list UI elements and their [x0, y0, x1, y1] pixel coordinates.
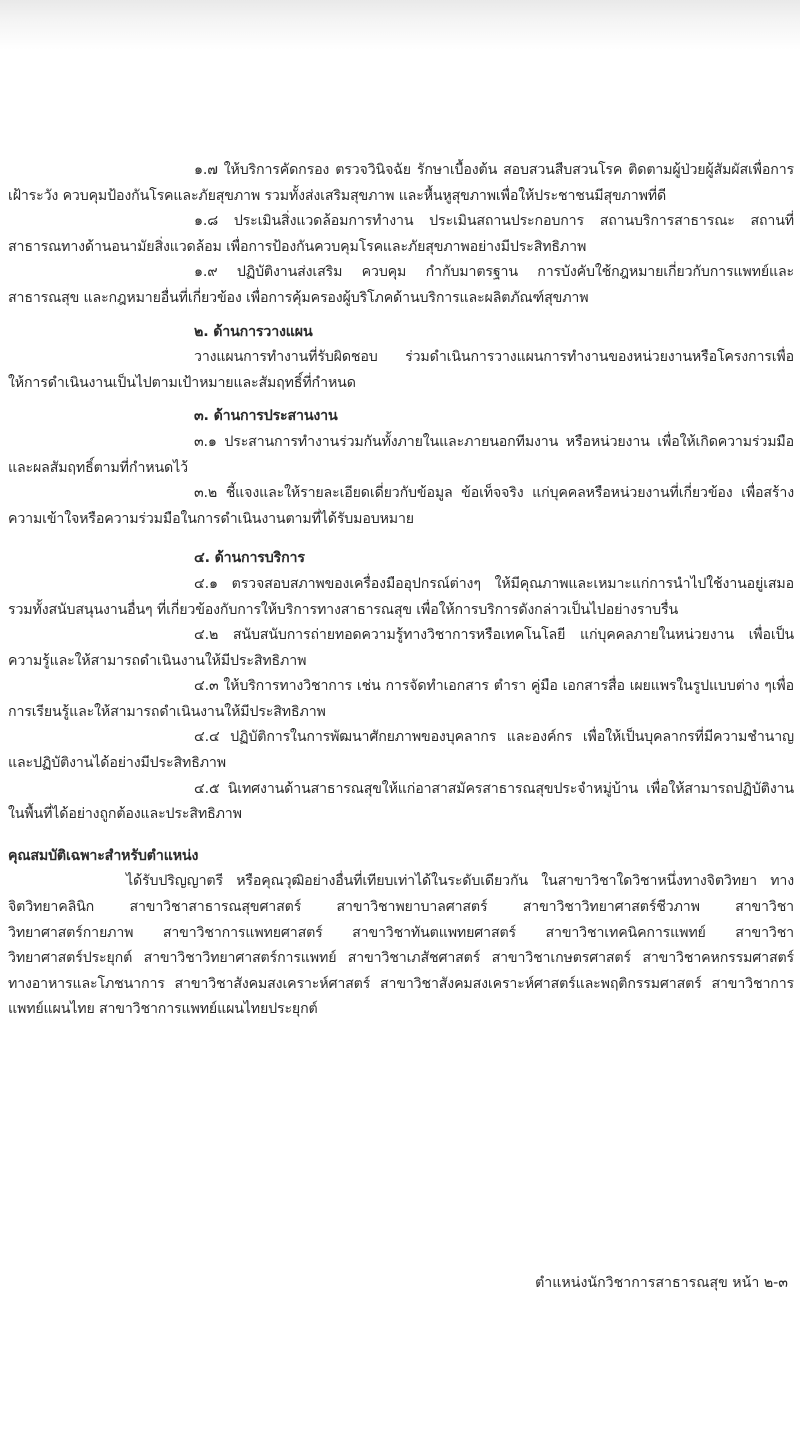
section-3-heading: ๓. ด้านการประสานงาน: [8, 404, 794, 430]
item-text: ประเมินสิ่งแวดล้อมการทำงาน ประเมินสถานปร…: [8, 213, 794, 255]
item-4-3: ๔.๓ ให้บริการทางวิชาการ เช่น การจัดทำเอก…: [8, 674, 794, 725]
item-text: ประสานการทำงานร่วมกันทั้งภายในและภายนอกท…: [8, 434, 794, 476]
item-number: ๔.๑: [194, 576, 218, 592]
item-3-2: ๓.๒ ชี้แจงและให้รายละเอียดเดี่ยวกับข้อมู…: [8, 481, 794, 532]
item-4-5: ๔.๕ นิเทศงานด้านสาธารณสุขให้แก่อาสาสมัคร…: [8, 777, 794, 828]
section-2-text: วางแผนการทำงานที่รับผิดชอบ ร่วมดำเนินการ…: [8, 345, 794, 396]
item-number: ๑.๙: [194, 264, 217, 280]
item-text: ปฏิบัติงานส่งเสริม ควบคุม กำกับมาตรฐาน ก…: [8, 264, 794, 306]
item-text: ปฏิบัติการในการพัฒนาศักยภาพของบุคลากร แล…: [8, 729, 794, 771]
section-2-heading: ๒. ด้านการวางแผน: [8, 320, 794, 346]
item-4-4: ๔.๔ ปฏิบัติการในการพัฒนาศักยภาพของบุคลาก…: [8, 725, 794, 776]
page-footer: ตำแหน่งนักวิชาการสาธารณสุข หน้า ๒-๓: [535, 1272, 788, 1294]
item-number: ๔.๕: [194, 781, 220, 797]
item-text: นิเทศงานด้านสาธารณสุขให้แก่อาสาสมัครสาธา…: [8, 781, 794, 823]
item-4-1: ๔.๑ ตรวจสอบสภาพของเครื่องมืออุปกรณ์ต่างๆ…: [8, 572, 794, 623]
item-number: ๔.๔: [194, 729, 220, 745]
qualifications-text: ได้รับปริญญาตรี หรือคุณวุฒิอย่างอื่นที่เ…: [8, 869, 794, 1023]
item-text: ตรวจสอบสภาพของเครื่องมืออุปกรณ์ต่างๆ ให้…: [8, 576, 794, 618]
item-text: ชี้แจงและให้รายละเอียดเดี่ยวกับข้อมูล ข้…: [8, 485, 794, 527]
item-3-1: ๓.๑ ประสานการทำงานร่วมกันทั้งภายในและภาย…: [8, 430, 794, 481]
document-page: ๑.๗ ให้บริการคัดกรอง ตรวจวินิจฉัย รักษาเ…: [8, 158, 794, 1023]
item-text: ให้บริการคัดกรอง ตรวจวินิจฉัย รักษาเบื้อ…: [8, 162, 794, 204]
item-text: สนับสนับการถ่ายทอดความรู้ทางวิชาการหรือเ…: [8, 627, 794, 669]
item-number: ๔.๓: [194, 678, 219, 694]
scan-shadow: [0, 0, 800, 50]
qualifications-heading: คุณสมบัติเฉพาะสำหรับตำแหน่ง: [8, 844, 794, 870]
item-number: ๓.๒: [194, 485, 217, 501]
item-number: ๑.๘: [194, 213, 218, 229]
item-text: ให้บริการทางวิชาการ เช่น การจัดทำเอกสาร …: [8, 678, 794, 720]
item-number: ๓.๑: [194, 434, 217, 450]
section-4-heading: ๔. ด้านการบริการ: [8, 546, 794, 572]
item-4-2: ๔.๒ สนับสนับการถ่ายทอดความรู้ทางวิชาการห…: [8, 623, 794, 674]
item-number: ๑.๗: [194, 162, 218, 178]
item-1-7: ๑.๗ ให้บริการคัดกรอง ตรวจวินิจฉัย รักษาเ…: [8, 158, 794, 209]
item-number: ๔.๒: [194, 627, 218, 643]
item-1-9: ๑.๙ ปฏิบัติงานส่งเสริม ควบคุม กำกับมาตรฐ…: [8, 260, 794, 311]
item-1-8: ๑.๘ ประเมินสิ่งแวดล้อมการทำงาน ประเมินสถ…: [8, 209, 794, 260]
